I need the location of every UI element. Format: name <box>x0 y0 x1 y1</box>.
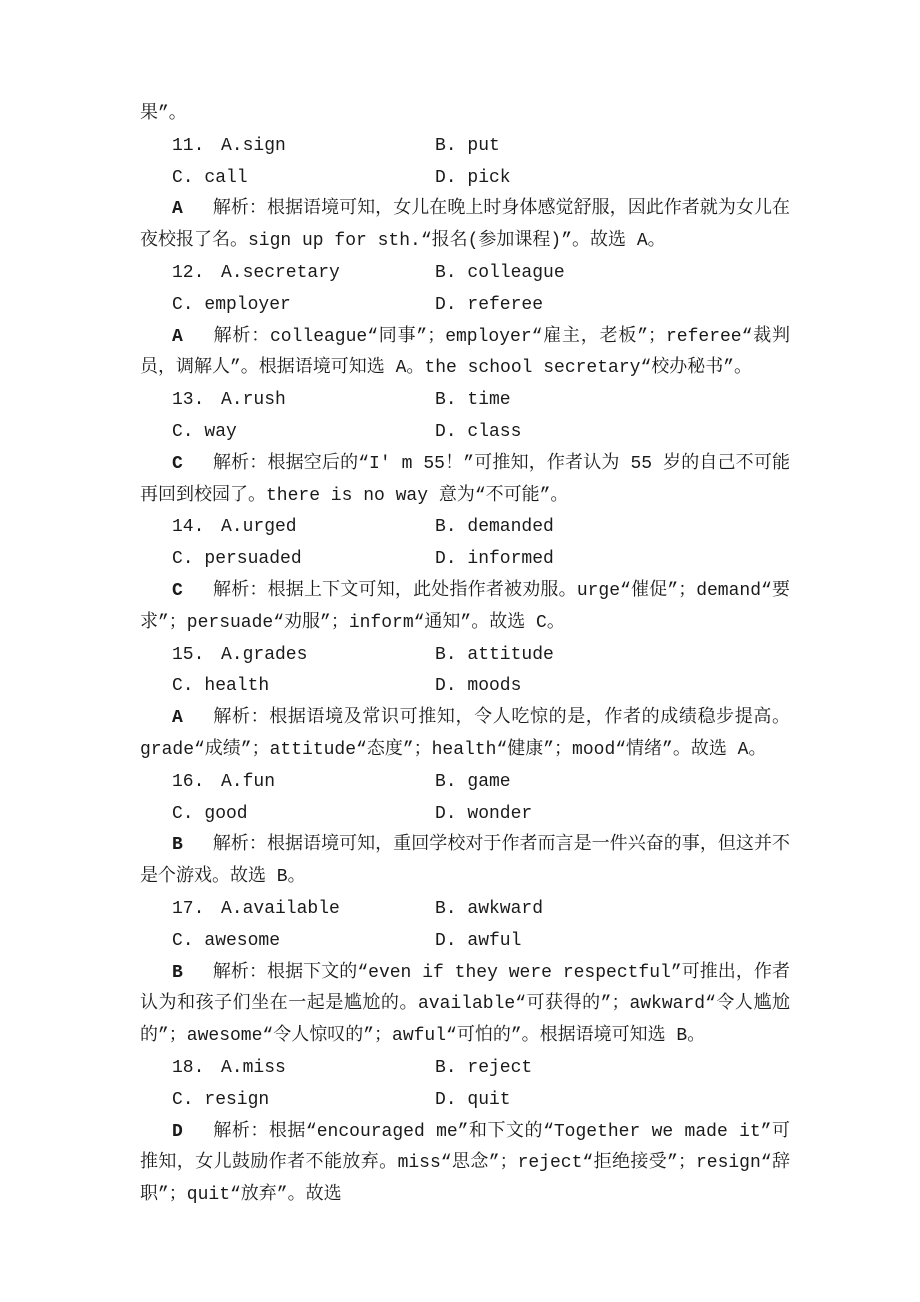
option-cell: 11.A.sign <box>172 131 435 163</box>
option-row: C. resign D. quit <box>140 1085 790 1117</box>
explanation: A解析：colleague“同事”；employer“雇主，老板”；refere… <box>140 322 790 386</box>
explanation-text: 解析：根据语境可知，女儿在晚上时身体感觉舒服，因此作者就为女儿在夜校报了名。si… <box>140 199 790 251</box>
answer-letter: C <box>172 581 183 601</box>
option-cell: C. persuaded <box>172 544 435 576</box>
option-row: 16.A.fun B. game <box>140 767 790 799</box>
explanation-text: 解析：根据空后的“I' m 55！”可推知，作者认为 55 岁的自己不可能再回到… <box>140 454 790 506</box>
explanation: C解析：根据上下文可知，此处指作者被劝服。urge“催促”；demand“要求”… <box>140 576 790 640</box>
option-row: 12.A.secretary B. colleague <box>140 258 790 290</box>
explanation: A解析：根据语境及常识可推知，令人吃惊的是，作者的成绩稳步提高。grade“成绩… <box>140 703 790 767</box>
option-cell: C. awesome <box>172 926 435 958</box>
option-cell: 16.A.fun <box>172 767 435 799</box>
option-c: C. employer <box>172 295 291 315</box>
question-number: 11. <box>172 131 205 163</box>
option-cell: C. employer <box>172 290 435 322</box>
question-block-13: 13.A.rush B. time C. way D. class C解析：根据… <box>140 385 790 512</box>
option-d: D. pick <box>435 163 511 195</box>
explanation-text: 解析：根据语境及常识可推知，令人吃惊的是，作者的成绩稳步提高。grade“成绩”… <box>140 708 790 760</box>
explanation: C解析：根据空后的“I' m 55！”可推知，作者认为 55 岁的自己不可能再回… <box>140 449 790 513</box>
option-a: A.secretary <box>221 263 340 283</box>
answer-letter: B <box>172 963 183 983</box>
document-page: 果”。 11.A.sign B. put C. call D. pick A解析… <box>0 0 920 1302</box>
explanation-text: 解析：根据“encouraged me”和下文的“Together we mad… <box>140 1122 790 1206</box>
option-row: 15.A.grades B. attitude <box>140 640 790 672</box>
question-block-11: 11.A.sign B. put C. call D. pick A解析：根据语… <box>140 131 790 258</box>
option-d: D. awful <box>435 926 521 958</box>
option-row: C. persuaded D. informed <box>140 544 790 576</box>
question-number: 17. <box>172 894 205 926</box>
option-b: B. colleague <box>435 258 565 290</box>
option-cell: 14.A.urged <box>172 512 435 544</box>
option-row: 13.A.rush B. time <box>140 385 790 417</box>
option-d: D. quit <box>435 1085 511 1117</box>
answer-letter: A <box>172 327 183 347</box>
explanation: B解析：根据下文的“even if they were respectful”可… <box>140 958 790 1053</box>
explanation: B解析：根据语境可知，重回学校对于作者而言是一件兴奋的事，但这并不是个游戏。故选… <box>140 830 790 894</box>
option-cell: C. health <box>172 671 435 703</box>
option-c: C. resign <box>172 1090 269 1110</box>
option-cell: C. way <box>172 417 435 449</box>
option-c: C. good <box>172 804 248 824</box>
option-cell: 17.A.available <box>172 894 435 926</box>
option-d: D. moods <box>435 671 521 703</box>
explanation-text: 解析：根据下文的“even if they were respectful”可推… <box>140 963 790 1047</box>
answer-letter: B <box>172 835 183 855</box>
option-b: B. awkward <box>435 894 543 926</box>
question-block-18: 18.A.miss B. reject C. resign D. quit D解… <box>140 1053 790 1212</box>
option-a: A.miss <box>221 1058 286 1078</box>
answer-letter: D <box>172 1122 183 1142</box>
question-block-17: 17.A.available B. awkward C. awesome D. … <box>140 894 790 1053</box>
option-c: C. persuaded <box>172 549 302 569</box>
option-a: A.urged <box>221 517 297 537</box>
option-c: C. health <box>172 676 269 696</box>
explanation: A解析：根据语境可知，女儿在晚上时身体感觉舒服，因此作者就为女儿在夜校报了名。s… <box>140 194 790 258</box>
option-cell: 18.A.miss <box>172 1053 435 1085</box>
answer-letter: A <box>172 708 183 728</box>
option-c: C. call <box>172 168 248 188</box>
question-number: 14. <box>172 512 205 544</box>
option-d: D. class <box>435 417 521 449</box>
explanation-text: 解析：colleague“同事”；employer“雇主，老板”；referee… <box>140 327 790 379</box>
option-row: C. employer D. referee <box>140 290 790 322</box>
option-b: B. attitude <box>435 640 554 672</box>
option-cell: 12.A.secretary <box>172 258 435 290</box>
option-d: D. referee <box>435 290 543 322</box>
option-b: B. demanded <box>435 512 554 544</box>
option-row: C. way D. class <box>140 417 790 449</box>
option-row: 14.A.urged B. demanded <box>140 512 790 544</box>
explanation-text: 解析：根据上下文可知，此处指作者被劝服。urge“催促”；demand“要求”；… <box>140 581 790 633</box>
option-row: C. good D. wonder <box>140 799 790 831</box>
explanation-text: 解析：根据语境可知，重回学校对于作者而言是一件兴奋的事，但这并不是个游戏。故选 … <box>140 835 790 887</box>
option-d: D. wonder <box>435 799 532 831</box>
option-a: A.rush <box>221 390 286 410</box>
explanation: D解析：根据“encouraged me”和下文的“Together we ma… <box>140 1117 790 1212</box>
option-c: C. way <box>172 422 237 442</box>
question-number: 12. <box>172 258 205 290</box>
answer-letter: C <box>172 454 183 474</box>
question-number: 18. <box>172 1053 205 1085</box>
option-b: B. reject <box>435 1053 532 1085</box>
option-c: C. awesome <box>172 931 280 951</box>
option-cell: C. call <box>172 163 435 195</box>
question-block-12: 12.A.secretary B. colleague C. employer … <box>140 258 790 385</box>
option-row: C. awesome D. awful <box>140 926 790 958</box>
option-a: A.fun <box>221 772 275 792</box>
continuation-text: 果”。 <box>140 99 790 131</box>
option-b: B. time <box>435 385 511 417</box>
option-row: 17.A.available B. awkward <box>140 894 790 926</box>
question-number: 16. <box>172 767 205 799</box>
answer-letter: A <box>172 199 183 219</box>
option-a: A.available <box>221 899 340 919</box>
question-block-15: 15.A.grades B. attitude C. health D. moo… <box>140 640 790 767</box>
option-row: C. health D. moods <box>140 671 790 703</box>
option-d: D. informed <box>435 544 554 576</box>
option-b: B. put <box>435 131 500 163</box>
option-a: A.grades <box>221 645 307 665</box>
question-number: 15. <box>172 640 205 672</box>
option-cell: C. resign <box>172 1085 435 1117</box>
option-b: B. game <box>435 767 511 799</box>
option-row: 18.A.miss B. reject <box>140 1053 790 1085</box>
option-cell: 13.A.rush <box>172 385 435 417</box>
option-row: C. call D. pick <box>140 163 790 195</box>
option-cell: 15.A.grades <box>172 640 435 672</box>
question-number: 13. <box>172 385 205 417</box>
option-row: 11.A.sign B. put <box>140 131 790 163</box>
option-cell: C. good <box>172 799 435 831</box>
option-a: A.sign <box>221 136 286 156</box>
question-block-14: 14.A.urged B. demanded C. persuaded D. i… <box>140 512 790 639</box>
question-block-16: 16.A.fun B. game C. good D. wonder B解析：根… <box>140 767 790 894</box>
